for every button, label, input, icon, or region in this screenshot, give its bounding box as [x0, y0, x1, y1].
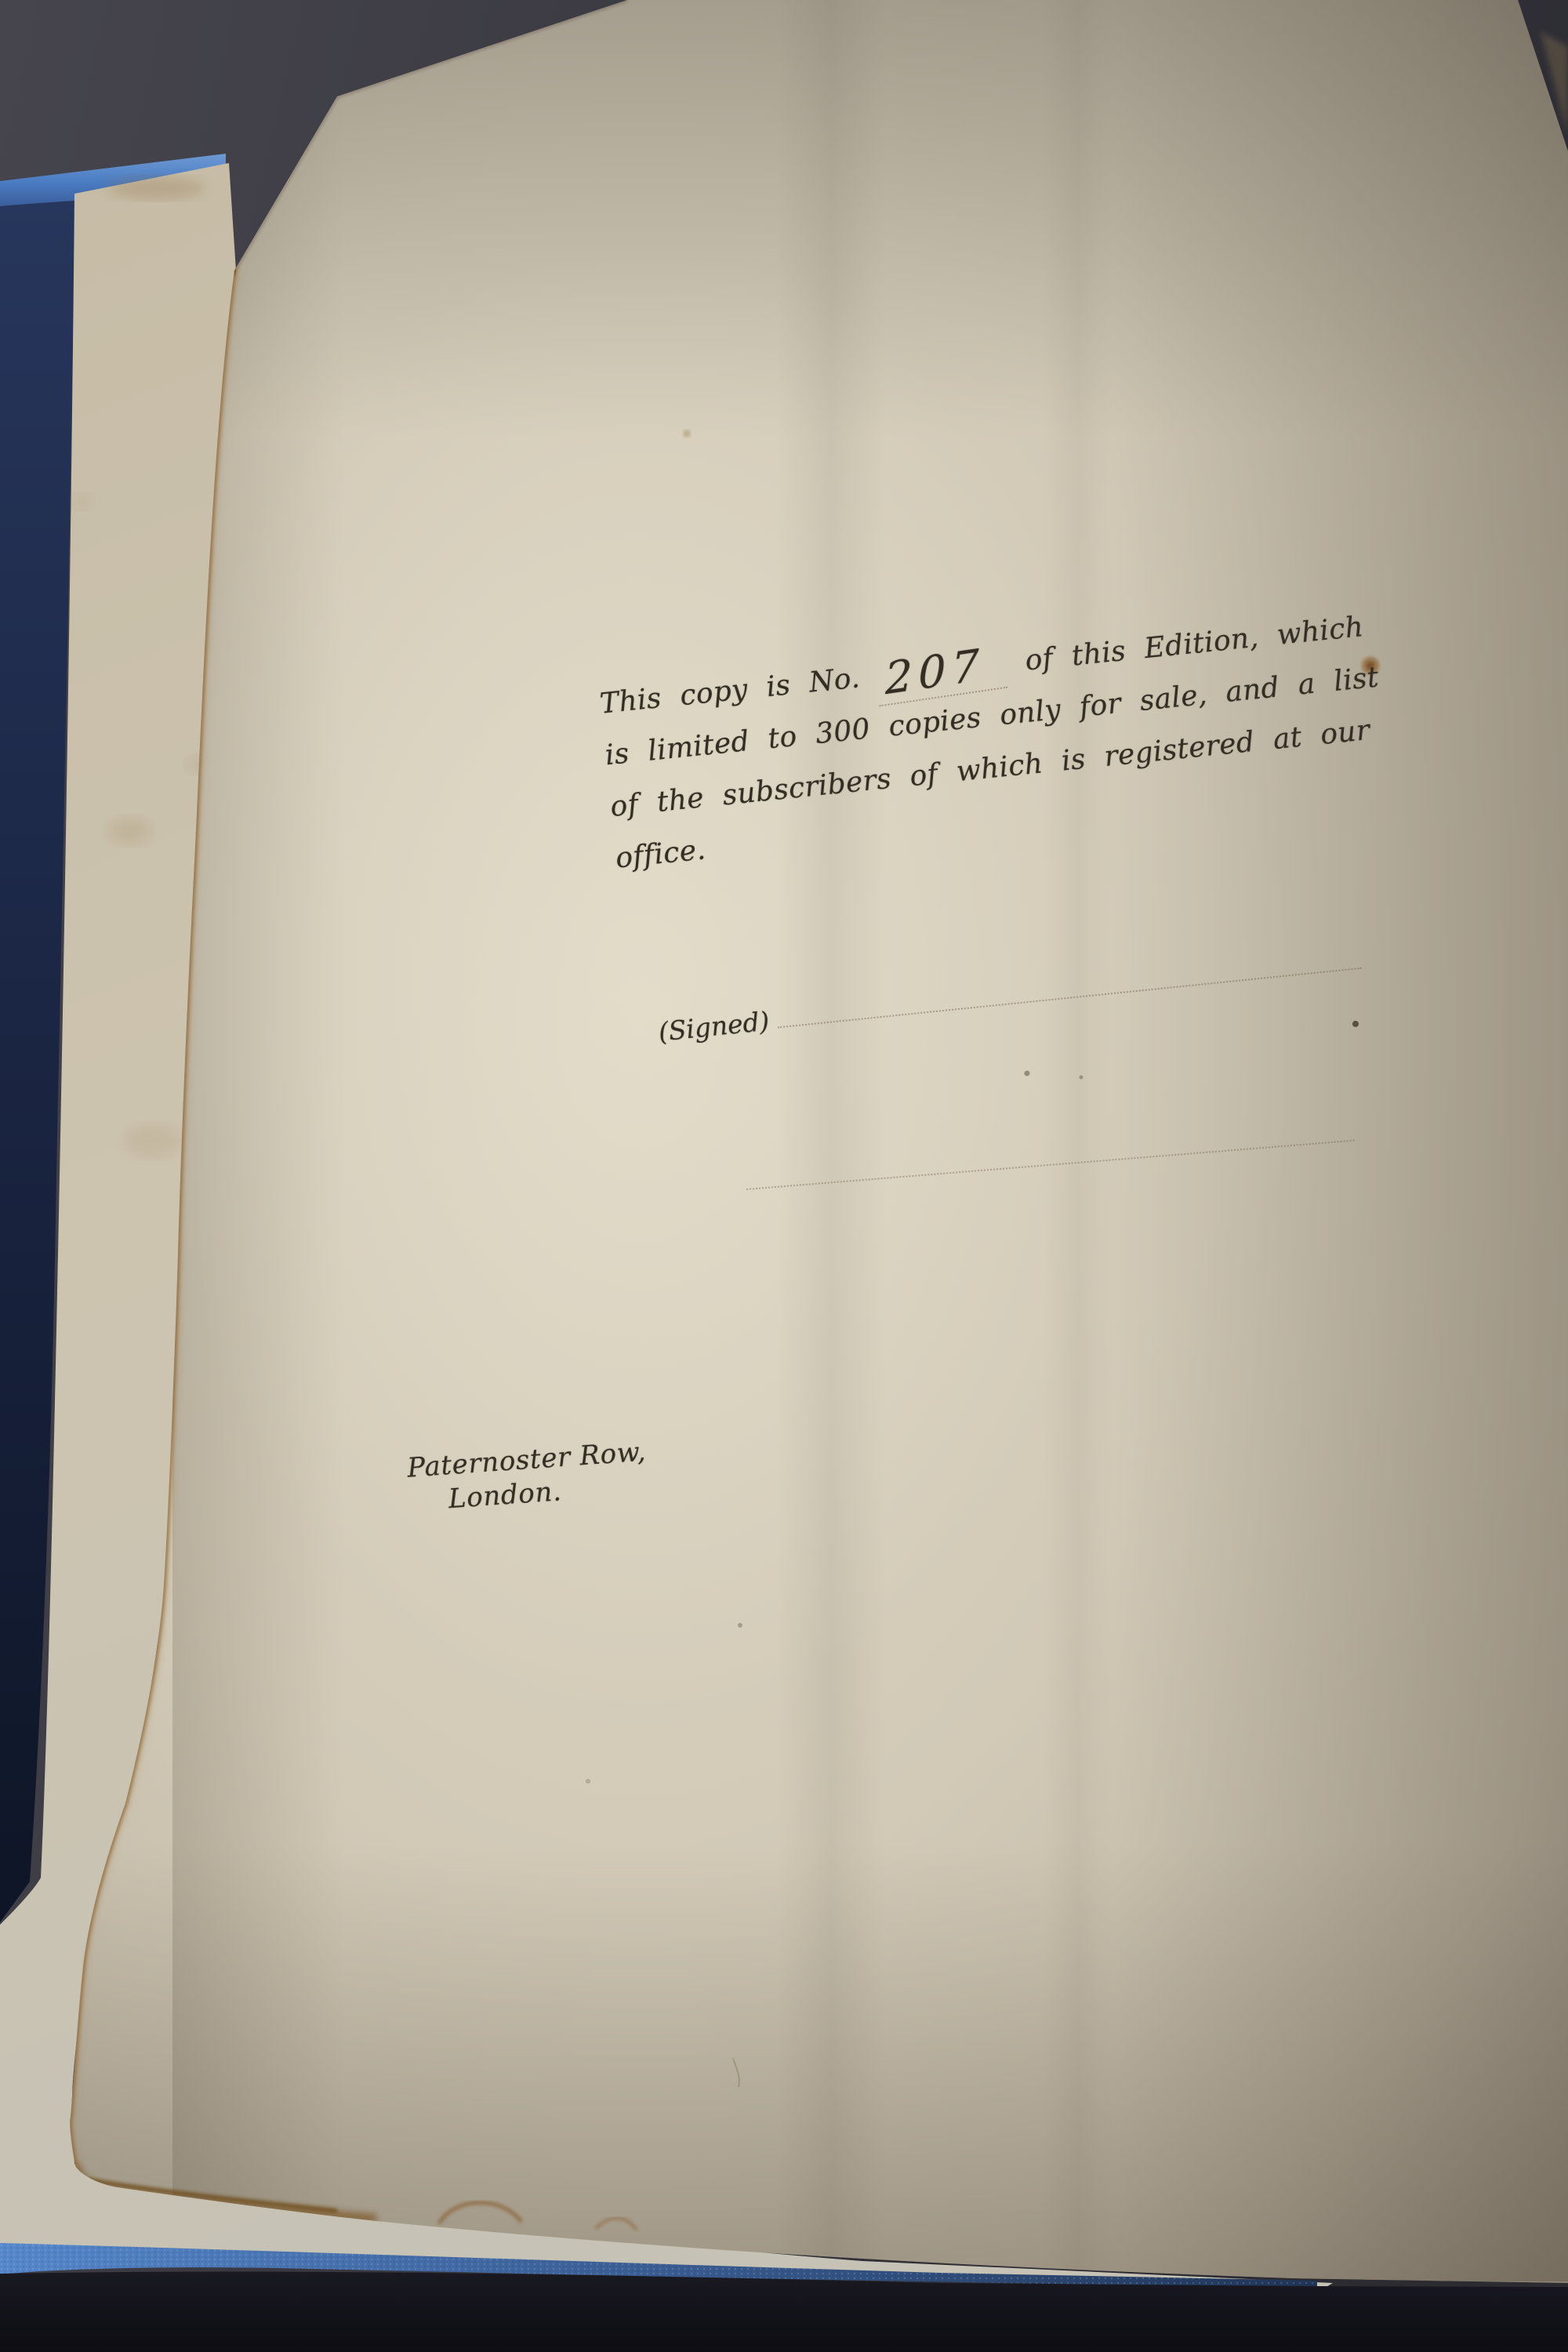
foxing-spot — [1352, 1021, 1359, 1027]
flyleaf-stain — [123, 1123, 183, 1158]
foxing-spot — [586, 1779, 590, 1784]
flyleaf-stain — [107, 817, 151, 845]
foxing-spot — [683, 430, 691, 437]
foxing-spot — [1025, 1071, 1030, 1076]
flyleaf-stain — [108, 176, 205, 200]
foxing-spot — [738, 1623, 742, 1628]
foxing-spot — [1080, 1076, 1083, 1080]
book-photo: This copy is No. 207 of this Edition, wh… — [0, 0, 1568, 2352]
page-crease — [776, 0, 886, 2352]
page-highlight — [141, 235, 1145, 1725]
flyleaf-stain — [71, 494, 93, 510]
page-crease — [1043, 0, 1113, 2352]
publisher-imprint: Paternoster Row, London. — [406, 1439, 601, 1519]
book-illustration — [0, 0, 1568, 2352]
